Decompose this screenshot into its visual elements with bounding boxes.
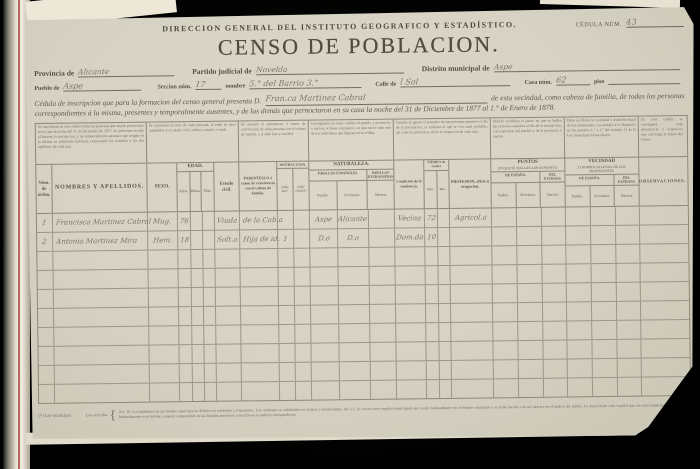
table-cell [426,266,439,284]
table-cell [396,323,426,341]
col-num-orden: Núm. de órden. [36,165,53,213]
table-cell [452,379,494,398]
table-cell: 10 [425,228,438,246]
table-cell [294,211,310,229]
table-cell [427,361,440,379]
table-cell [38,271,54,289]
table-cell [339,267,370,285]
table-cell [493,265,518,283]
table-cell [179,345,192,363]
table-cell [215,249,240,267]
table-cell [567,302,592,320]
table-cell [241,325,279,343]
table-cell [150,364,180,382]
table-cell [242,363,280,381]
naturaleza-provincia: Provincia. [337,181,368,210]
table-cell [54,289,149,308]
table-cell [294,230,310,248]
table-cell [494,360,519,378]
table-cell [568,378,593,396]
table-cell [642,358,688,377]
table-cell [38,328,54,346]
table-cell [517,208,542,226]
table-cell [216,287,241,305]
nombre-label: nombre [225,83,245,89]
naturaleza-espanoles: PARA LOS ESPAÑOLES. [309,170,367,181]
sabe-leer: ¿Sabe leer? [277,169,293,210]
table-cell [439,304,451,322]
instruction-cell: Consignarán en estas casillas el pueblo … [309,120,394,161]
table-cell [616,245,640,263]
table-cell [192,307,204,325]
table-cell [543,340,567,358]
table-cell [542,245,566,263]
table-cell [451,303,493,322]
table-cell [340,381,371,399]
table-cell [203,212,215,230]
table-cell [240,249,278,267]
table-cell [371,361,397,379]
table-cell [618,359,642,377]
table-cell [204,288,216,306]
table-cell [567,340,592,358]
table-cell [311,343,339,361]
puntos-nacion: Nacion. [541,182,565,207]
naturaleza-extranjeros: PARA LOS EXTRANJEROS. [368,169,394,179]
casa-value: 62 [556,75,590,85]
table-cell [427,380,440,398]
table-cell [216,306,241,324]
col-observaciones: OBSERVACIONES. [639,157,686,206]
table-cell [370,305,396,323]
table-cell [492,227,517,245]
table-cell [438,209,450,227]
table-cell [205,383,217,401]
table-cell [340,362,371,380]
table-cell [592,340,617,358]
puntos-provincia: Provincia. [516,182,541,207]
table-cell [493,284,518,302]
table-cell: Francisca Martinez Cabral [53,213,148,232]
table-cell [180,364,193,382]
table-cell [179,269,192,287]
table-cell [179,326,192,344]
table-cell [312,381,340,399]
vecindad-label: VECINDADÓ DOMICILIO LEGAL DE LOS TRANSEU… [565,158,638,176]
seccion-label: Seccion núm. [157,84,191,90]
table-header: Núm. de órden. NOMBRES Y APELLIDOS. SEXO… [36,157,688,214]
table-cell: Hija de id. [240,230,278,248]
cedula-label: CÉDULA NÚM. [576,22,623,29]
table-cell [241,344,279,362]
table-cell [191,212,203,230]
table-cell [205,364,217,382]
tiempo-anos: Años. [424,171,437,208]
table-cell [339,324,370,342]
table-cell [295,325,311,343]
table-cell [518,284,543,302]
table-cell [566,207,591,225]
table-cell [204,345,216,363]
table-cell [369,229,395,247]
partido-label: Partido judicial de [192,66,252,76]
table-cell: Alicante [338,210,369,228]
table-cell [451,265,493,284]
table-cell [193,364,205,382]
table-cell [591,226,616,244]
table-cell: Antonia Martinez Mira [53,232,148,251]
table-cell [396,266,426,284]
instruction-cell: Se anotará el parentesco ó razon de conv… [239,121,309,162]
col-group-vecindad: VECINDADÓ DOMICILIO LEGAL DE LOS TRANSEU… [565,158,640,207]
declaration: Cédula de inscripcion que para la formac… [34,89,684,119]
table-cell [39,366,55,384]
table-cell [192,326,204,344]
table-cell [438,228,450,246]
table-cell: Aspe [310,210,338,228]
table-cell [451,322,493,341]
table-cell [544,359,568,377]
table-cell [55,365,150,384]
table-cell [54,270,149,289]
census-sheet: DIRECCION GENERAL DEL INSTITUTO GEOGRAFI… [23,7,698,443]
table-cell [517,246,542,264]
table-cell [641,301,687,320]
col-group-naturaleza: NATURALEZA. PARA LOS ESPAÑOLES. PARA LOS… [309,161,395,210]
table-cell [54,327,149,346]
table-cell [492,246,517,264]
col-nombres: NOMBRES Y APELLIDOS. [52,164,148,213]
page-title: CENSO DE POBLACION. [34,29,684,63]
table-cell: D.o [338,229,369,247]
table-cell: 1 [37,214,53,232]
table-cell [518,322,543,340]
tiempo-meses: Mes. [437,171,449,208]
table-cell [519,360,544,378]
table-body: 1Francisca Martinez CabralMug.76Viudade … [37,206,690,403]
articles-text: Art. 10. Los habitantes de un término mu… [119,403,679,420]
table-cell [426,304,439,322]
table-cell [395,247,425,265]
table-cell [370,323,396,341]
table-cell [618,378,642,396]
provincia-label: Provincia de [34,68,74,77]
sabe-escribir: ¿Sabe escribir? [293,169,309,210]
puntos-pueblo: Pueblo. [491,183,516,208]
vecindad-espana: DE ESPAÑA. [565,175,614,186]
table-cell [543,302,567,320]
puntos-espana: DE ESPAÑA. [491,171,540,182]
table-cell [54,346,149,365]
table-cell [591,264,616,282]
table-cell [426,342,439,360]
col-sexo: SEXO. [147,163,178,211]
puntos-caption: EN QUE SE HALLAN LOS AUSENTES. [491,165,564,170]
seccion-value: 17 [195,80,221,90]
table-cell [216,344,241,362]
table-cell [518,303,543,321]
table-cell [592,302,617,320]
red-margin-line [18,0,20,469]
table-cell [451,284,493,303]
table-cell [38,309,54,327]
table-cell [593,378,618,396]
table-cell [519,379,544,397]
table-cell [203,231,215,249]
table-cell [641,320,687,339]
table-cell [567,283,592,301]
table-cell [312,362,340,380]
vecindad-extranjero: DEL EXTRANJ. [615,174,639,184]
table-cell [370,342,396,360]
table-cell [148,250,178,268]
photo-background: DIRECCION GENERAL DEL INSTITUTO GEOGRAFI… [0,0,700,469]
instruction-cell: Cuando se ignore el paradero de las pers… [394,118,491,159]
table-cell [279,287,295,305]
table-cell [439,266,451,284]
table-cell [494,379,519,397]
table-cell [592,283,617,301]
table-cell [149,326,179,344]
table-cell [216,325,241,343]
table-cell [241,306,279,324]
book-binding-edge [3,0,30,469]
naturaleza-nacion: Nacion. [368,180,394,209]
table-cell [55,384,150,403]
brace-glyph: { [110,407,116,423]
table-cell [591,207,616,225]
table-cell [193,383,205,401]
table-cell [396,304,426,322]
table-cell [279,325,295,343]
table-cell: 72 [425,209,438,227]
vecindad-nacion: Nacion. [615,185,639,206]
table-cell: Hem. [148,231,178,249]
table-cell [179,288,192,306]
table-cell [149,345,179,363]
table-cell [492,208,517,226]
table-cell [53,251,148,270]
table-cell [217,382,242,400]
table-cell [543,283,567,301]
table-cell [616,207,640,225]
table-cell [179,307,192,325]
table-cell [617,321,641,339]
table-cell [593,359,618,377]
table-cell: Mug. [148,212,178,230]
table-cell [204,307,216,325]
table-cell [311,324,339,342]
table-cell [370,267,396,285]
col-group-instruccion: INSTRUCCION. ¿Sabe leer? ¿Sabe escribir? [277,162,310,210]
table-cell [149,307,179,325]
pueblo-label: Pueblo de [34,86,59,92]
naturaleza-pueblo: Pueblo. [309,181,337,210]
table-cell [339,286,370,304]
table-cell: D.o [310,229,338,247]
table-cell [452,360,494,379]
table-cell [310,248,338,266]
table-cell [204,269,216,287]
table-cell [617,340,641,358]
edad-meses: Meses. [190,172,202,211]
table-cell [280,363,296,381]
table-cell [641,282,687,301]
vecindad-provincia: Provincia. [590,186,615,207]
cedula-number-value: 43 [626,17,684,28]
table-cell [295,287,311,305]
table-cell [370,286,396,304]
table-cell [295,344,311,362]
table-cell [242,382,280,400]
col-estado-civil: Estado civil. [214,162,240,210]
table-cell [192,345,204,363]
table-cell [339,305,370,323]
table-cell [192,288,204,306]
instruction-cell: Debe escribirse la vecindad ó domicilio … [565,117,639,158]
table-cell [616,264,640,282]
nombre-value: 5.° del Barrio 3.° [249,78,361,89]
piso-label: piso [594,79,604,85]
table-cell [451,341,493,360]
table-cell [191,250,203,268]
table-cell: 18 [178,231,191,249]
instruction-cell: Se inscribirán en esta cédula todas las … [36,123,147,164]
tiempo-label: TIEMPO de resid.a [424,160,448,171]
piso-value [608,74,680,85]
table-cell [311,305,339,323]
table-cell [640,206,686,225]
col-condicion: Condicion de la residencia. [394,160,425,208]
under-page-edge [540,0,680,8]
table-cell [439,323,451,341]
table-cell [191,231,203,249]
footnote-star: (*) Ley municipal. [38,413,72,418]
table-cell [450,227,492,246]
table-cell [296,382,312,400]
table-cell [542,207,566,225]
table-cell [396,342,426,360]
table-cell: Vecina [395,209,425,227]
table-cell [38,347,54,365]
col-group-edad: EDAD. Años. Meses. Dias. [177,163,215,211]
table-cell [397,361,427,379]
table-cell [542,264,566,282]
table-cell [39,385,55,403]
table-cell [204,326,216,344]
table-cell [617,283,641,301]
table-cell [241,268,279,286]
calle-label: Calle de [375,82,396,88]
table-cell [280,382,296,400]
table-cell [150,383,180,401]
table-cell [568,359,593,377]
instruction-cell: Se expresará el sexo de cada persona, la… [147,121,239,162]
table-cell [426,285,439,303]
edad-dias: Dias. [202,171,214,210]
table-cell [426,323,439,341]
census-table: Se inscribirán en esta cédula todas las … [35,115,691,404]
table-cell [591,245,616,263]
table-cell: Solt.a [215,230,240,248]
table-cell [438,247,450,265]
table-cell [592,321,617,339]
table-cell [616,226,640,244]
table-cell [279,306,295,324]
table-cell [493,303,518,321]
table-cell [640,225,686,244]
edad-anos: Años. [177,172,190,211]
vecindad-caption: Ó DOMICILIO LEGAL DE LOS TRANSEUNTES. [565,164,638,173]
table-cell [518,265,543,283]
puntos-extranjero: DEL EXTRANJ. [541,171,565,181]
table-cell [338,248,369,266]
table-cell [641,339,687,358]
table-cell [149,269,179,287]
table-cell [203,250,215,268]
table-cell [279,344,295,362]
table-cell [371,380,397,398]
distrito-label: Distrito municipal de [422,63,490,73]
table-cell [54,308,149,327]
table-cell [440,380,452,398]
table-cell [294,249,310,267]
table-cell [439,342,451,360]
table-cell: 2 [37,233,53,251]
table-cell [543,321,567,339]
table-cell [450,246,492,265]
table-cell [296,363,312,381]
col-group-tiempo: TIEMPO de resid.a Años. Mes. [424,160,450,208]
instruction-cell: Deberá escribirse el punto en que se hal… [491,117,565,158]
table-cell [566,245,591,263]
table-cell [617,302,641,320]
col-group-puntos: PUNTOSEN QUE SE HALLAN LOS AUSENTES. DE … [491,158,566,207]
table-cell: 76 [178,212,191,230]
table-cell [38,290,54,308]
table-cell [642,377,688,396]
table-cell [311,267,339,285]
table-cell [396,285,426,303]
provincia-value: Alicante [78,66,174,77]
distrito-value: Aspe [494,60,681,72]
table-cell [544,378,568,396]
articles-label: Los artículos [86,413,108,418]
table-cell [542,226,566,244]
table-cell: de la Cab.a [240,211,278,229]
puntos-label: PUNTOSEN QUE SE HALLAN LOS AUSENTES. [491,158,564,172]
table-cell [217,363,242,381]
instruction-cell: En esta casilla se consignará toda adver… [639,116,685,157]
table-cell [178,250,191,268]
table-cell [311,286,339,304]
table-cell [517,227,542,245]
table-cell: Dom.da [395,228,425,246]
col-parentesco: PARENTESCO ó razon de convivencia con el… [239,162,278,210]
table-cell [279,268,295,286]
footnote: (*) Ley municipal. Los artículos { Art. … [38,400,688,424]
table-cell [566,264,591,282]
table-cell [339,343,370,361]
table-cell [278,249,294,267]
table-cell [640,263,686,282]
table-cell [397,380,427,398]
calle-value: l Sol [400,76,511,87]
table-cell [493,341,518,359]
table-cell [295,268,311,286]
table-cell [566,226,591,244]
table-cell [180,383,193,401]
